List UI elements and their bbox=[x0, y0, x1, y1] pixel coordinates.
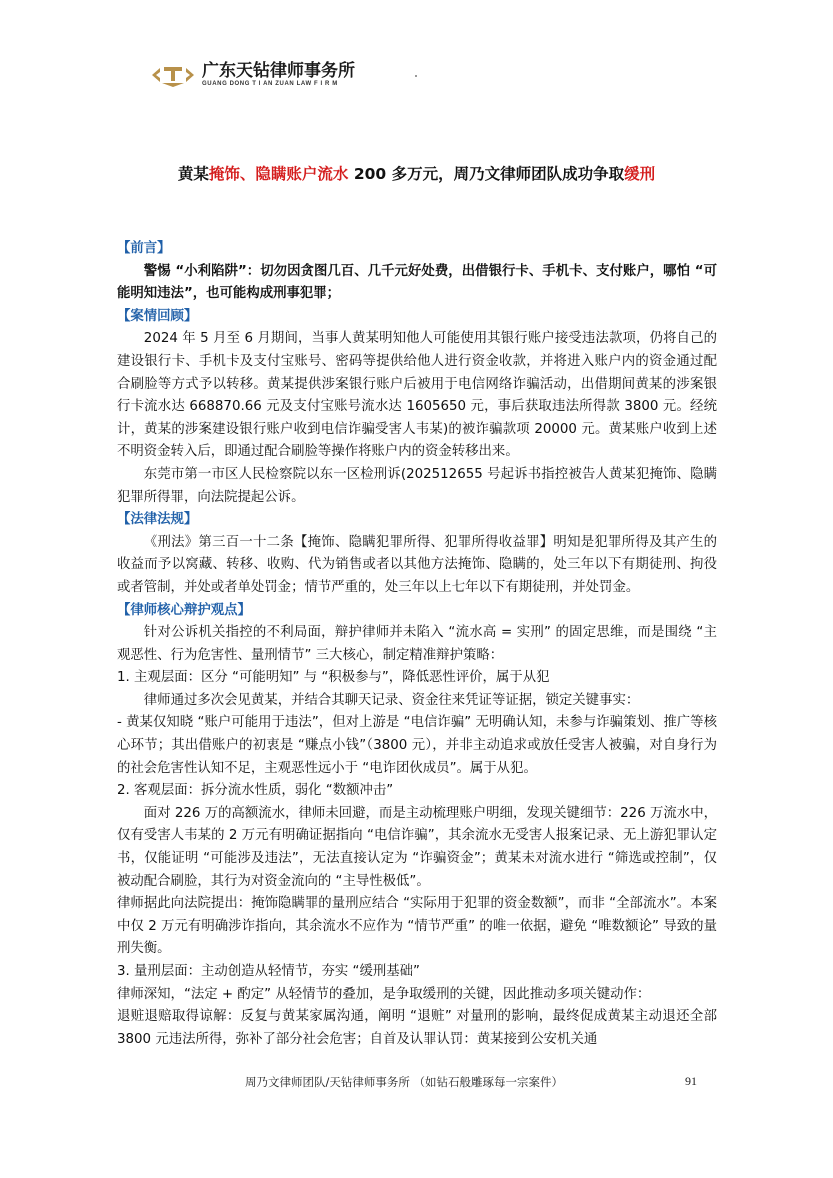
title-part-3: 200 多万元，周乃文律师团队成功争取 bbox=[348, 165, 624, 183]
document-body: 【前言】 警惕 “小利陷阱”：切勿因贪图几百、几千元好处费，出借银行卡、手机卡、… bbox=[117, 238, 717, 1051]
section-heading-case-review: 【案情回顾】 bbox=[117, 306, 717, 329]
document-title: 黄某掩饰、隐瞒账户流水 200 多万元，周乃文律师团队成功争取缓刑 bbox=[0, 162, 833, 184]
firm-name-block: 广东天钻律师事务所 GUANG DONG T I AN ZUAN LAW F I… bbox=[202, 63, 355, 87]
defense-point-1-paragraph: 律师通过多次会见黄某，并结合其聊天记录、资金往来凭证等证据，锁定关键事实： bbox=[117, 690, 717, 713]
case-review-paragraph-2: 东莞市第一市区人民检察院以东一区检刑诉(202512655 号起诉书指控被告人黄… bbox=[117, 464, 717, 509]
defense-point-2-paragraph: 面对 226 万的高额流水，律师未回避，而是主动梳理账户明细，发现关键细节：22… bbox=[117, 803, 717, 893]
defense-point-3-detail: 退赃退赔取得谅解：反复与黄某家属沟通，阐明 “退赃” 对量刑的影响，最终促成黄某… bbox=[117, 1006, 717, 1051]
section-heading-preface: 【前言】 bbox=[117, 238, 717, 261]
law-paragraph: 《刑法》第三百一十二条【掩饰、隐瞒犯罪所得、犯罪所得收益罪】明知是犯罪所得及其产… bbox=[117, 532, 717, 600]
defense-point-2-title: 2. 客观层面：拆分流水性质，弱化 “数额冲击” bbox=[117, 780, 717, 803]
page-header: 广东天钻律师事务所 GUANG DONG T I AN ZUAN LAW F I… bbox=[150, 62, 355, 88]
firm-name-en: GUANG DONG T I AN ZUAN LAW F I R M bbox=[202, 81, 355, 87]
defense-point-2-conclusion: 律师据此向法院提出：掩饰隐瞒罪的量刑应结合 “实际用于犯罪的资金数额”，而非 “… bbox=[117, 893, 717, 961]
defense-point-1-title: 1. 主观层面：区分 “可能明知” 与 “积极参与”，降低恶性评价，属于从犯 bbox=[117, 667, 717, 690]
defense-point-1-detail: - 黄某仅知晓 “账户可能用于违法”，但对上游是 “电信诈骗” 无明确认知，未参… bbox=[117, 712, 717, 780]
section-heading-defense: 【律师核心辩护观点】 bbox=[117, 600, 717, 623]
defense-point-3-title: 3. 量刑层面：主动创造从轻情节，夯实 “缓刑基础” bbox=[117, 961, 717, 984]
section-heading-law: 【法律法规】 bbox=[117, 509, 717, 532]
title-highlight-1: 掩饰、隐瞒账户流水 bbox=[209, 165, 349, 183]
footer-text: 周乃文律师团队/天钻律师事务所 （如钻石般雕琢每一宗案件） bbox=[245, 1074, 563, 1090]
page-number: 91 bbox=[685, 1074, 697, 1089]
diamond-t-logo-icon bbox=[150, 63, 196, 87]
preface-paragraph: 警惕 “小利陷阱”：切勿因贪图几百、几千元好处费，出借银行卡、手机卡、支付账户，… bbox=[117, 261, 717, 306]
stray-dot bbox=[415, 75, 417, 77]
defense-intro: 针对公诉机关指控的不利局面，辩护律师并未陷入 “流水高 = 实刑” 的固定思维，… bbox=[117, 622, 717, 667]
title-part-1: 黄某 bbox=[178, 165, 209, 183]
defense-point-3-paragraph: 律师深知，“法定 + 酌定” 从轻情节的叠加，是争取缓刑的关键，因此推动多项关键… bbox=[117, 984, 717, 1007]
title-highlight-2: 缓刑 bbox=[624, 165, 655, 183]
firm-name-cn: 广东天钻律师事务所 bbox=[202, 63, 355, 80]
case-review-paragraph-1: 2024 年 5 月至 6 月期间，当事人黄某明知他人可能使用其银行账户接受违法… bbox=[117, 328, 717, 464]
